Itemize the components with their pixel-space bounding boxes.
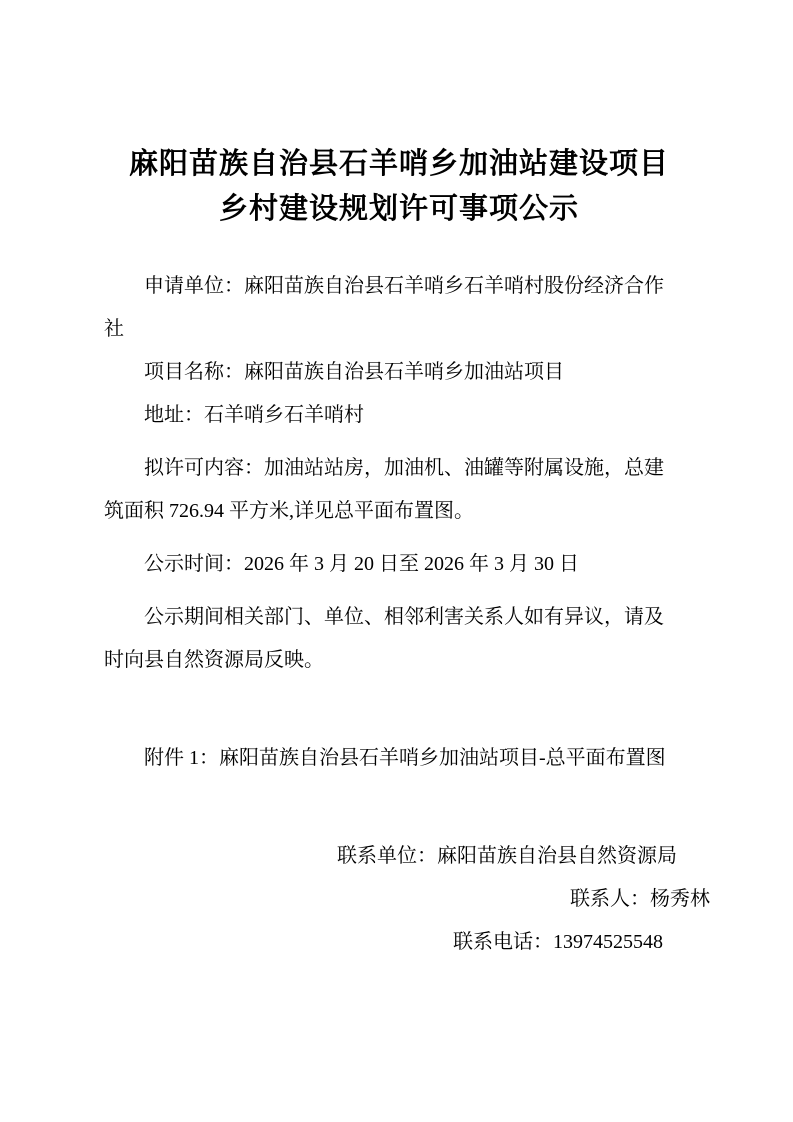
contact-unit: 联系单位：麻阳苗族自治县自然资源局	[0, 835, 793, 878]
paragraph-address: 地址：石羊哨乡石羊哨村	[104, 394, 694, 437]
paragraph-applicant-unit: 申请单位：麻阳苗族自治县石羊哨乡石羊哨村股份经济合作 社	[104, 265, 694, 351]
document-body: 麻阳苗族自治县石羊哨乡加油站建设项目 乡村建设规划许可事项公示 申请单位：麻阳苗…	[0, 0, 793, 780]
document-title-line-1: 麻阳苗族自治县石羊哨乡加油站建设项目	[104, 142, 694, 187]
contact-phone: 联系电话：13974525548	[0, 921, 793, 964]
paragraph-attachment: 附件 1：麻阳苗族自治县石羊哨乡加油站项目-总平面布置图	[104, 737, 694, 780]
paragraph-notice-period: 公示时间：2026 年 3 月 20 日至 2026 年 3 月 30 日	[104, 543, 694, 586]
document-title-line-2: 乡村建设规划许可事项公示	[104, 187, 694, 232]
paragraph-project-name: 项目名称：麻阳苗族自治县石羊哨乡加油站项目	[104, 351, 694, 394]
notice-document-page: 麻阳苗族自治县石羊哨乡加油站建设项目 乡村建设规划许可事项公示 申请单位：麻阳苗…	[0, 0, 793, 1122]
document-title: 麻阳苗族自治县石羊哨乡加油站建设项目 乡村建设规划许可事项公示	[104, 142, 694, 232]
paragraph-permit-content: 拟许可内容：加油站站房，加油机、油罐等附属设施，总建 筑面积 726.94 平方…	[104, 447, 694, 533]
contact-block: 联系单位：麻阳苗族自治县自然资源局 联系人：杨秀林 联系电话：139745255…	[0, 835, 793, 964]
paragraph-objection-instructions: 公示期间相关部门、单位、相邻利害关系人如有异议，请及 时向县自然资源局反映。	[104, 596, 694, 682]
contact-person: 联系人：杨秀林	[0, 878, 793, 921]
